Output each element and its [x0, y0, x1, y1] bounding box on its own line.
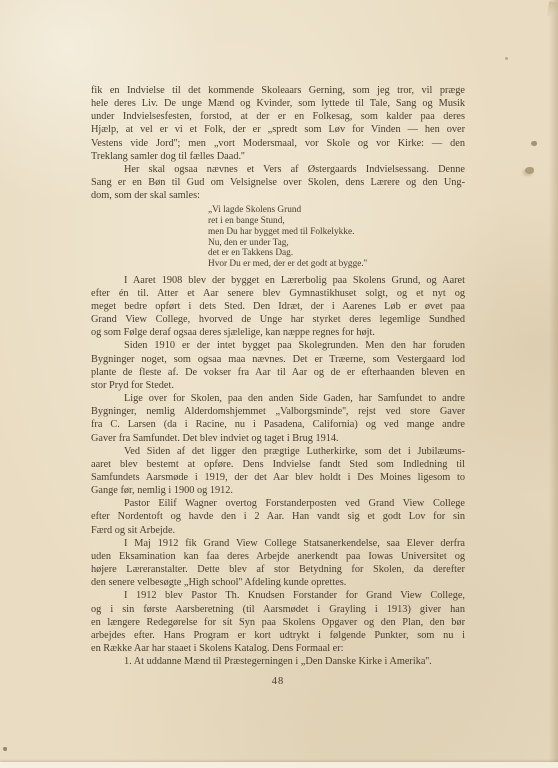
- verse-block: „Vi lagde Skolens Grundret i en bange St…: [208, 205, 465, 269]
- text-line: under Indvielsesfesten, forstod, at der …: [91, 110, 465, 123]
- text-line: stor Pryd for Stedet.: [91, 379, 465, 392]
- text-line: efter én til. Atter et Aar senere blev G…: [91, 287, 465, 300]
- text-line: Færd og sit Arbejde.: [91, 524, 465, 537]
- text-line: Gange før, nemlig i 1900 og 1912.: [91, 484, 465, 497]
- text-line: højere Læreranstalter. Dette blev af sto…: [91, 563, 465, 576]
- text-line: fik en Indvielse til det kommende Skolea…: [91, 84, 465, 97]
- text-line: I 1912 blev Pastor Th. Knudsen Forstande…: [91, 589, 465, 602]
- stain-mark: [525, 167, 534, 174]
- paragraph: 1. At uddanne Mænd til Præstegerningen i…: [91, 655, 465, 668]
- paragraph: I Maj 1912 fik Grand View College Statsa…: [91, 537, 465, 590]
- paragraph: I 1912 blev Pastor Th. Knudsen Forstande…: [91, 589, 465, 655]
- paragraph: fik en Indvielse til det kommende Skolea…: [91, 84, 465, 163]
- text-line: Nu, den er under Tag,: [208, 238, 465, 249]
- text-line: ret i en bange Stund,: [208, 216, 465, 227]
- text-line: den senere velbesøgte „High school'' Afd…: [91, 576, 465, 589]
- paragraph: Pastor Eilif Wagner overtog Forstanderpo…: [91, 497, 465, 536]
- page-number: 48: [91, 676, 465, 687]
- text-line: arbejdes efter. Hans Program er kort udt…: [91, 629, 465, 642]
- text-line: I Aaret 1908 blev der bygget en Lærerbol…: [91, 274, 465, 287]
- text-line: en Række Aar har staaet i Skolens Katalo…: [91, 642, 465, 655]
- text-line: Bygninger noget, som ogsaa maa nævnes. D…: [91, 353, 465, 366]
- text-line: Her skal ogsaa nævnes et Vers af Østerga…: [91, 163, 465, 176]
- text-line: 1. At uddanne Mænd til Præstegerningen i…: [91, 655, 465, 668]
- text-line: Hvor Du er med, der er det godt at bygge…: [208, 259, 465, 270]
- text-line: dom, som der skal samles:: [91, 189, 465, 202]
- text-line: hele deres Liv. De unge Mænd og Kvinder,…: [91, 97, 465, 110]
- text-line: Gaver fra Samfundet. Det blev indviet og…: [91, 432, 465, 445]
- scanned-book-page: fik en Indvielse til det kommende Skolea…: [0, 0, 558, 768]
- text-line: fra C. Larsen (da i Racine, nu i Pasaden…: [91, 418, 465, 431]
- text-line: Siden 1910 er der intet bygget paa Skole…: [91, 339, 465, 352]
- text-line: Bygninger, nemlig Alderdomshjemmet „Valb…: [91, 405, 465, 418]
- text-line: Samfundets Aarsmøde i 1919, der det Aar …: [91, 471, 465, 484]
- text-line: Grand View College, hvorved de Unge har …: [91, 313, 465, 326]
- paragraph: Ved Siden af det ligger den prægtige Lut…: [91, 445, 465, 498]
- stain-mark: [3, 747, 7, 751]
- text-line: men Du har bygget med til Folkelykke.: [208, 227, 465, 238]
- text-line: og som Følge deraf ogsaa deres sjælelige…: [91, 326, 465, 339]
- stain-mark: [531, 141, 537, 146]
- paragraph: Her skal ogsaa nævnes et Vers af Østerga…: [91, 163, 465, 202]
- paragraph: I Aaret 1908 blev der bygget en Lærerbol…: [91, 274, 465, 340]
- text-line: plante de fleste af. De vokser fra Aar t…: [91, 366, 465, 379]
- paragraph: Lige over for Skolen, paa den anden Side…: [91, 392, 465, 445]
- paragraph: Siden 1910 er der intet bygget paa Skole…: [91, 339, 465, 392]
- text-line: Hjælp, at vel er vi et Folk, der er „spr…: [91, 123, 465, 136]
- text-line: uden Eksamination kan faa deres Arbejde …: [91, 550, 465, 563]
- page-right-edge-shadow: [549, 0, 558, 768]
- text-line: efter Nordentoft og havde den i 2 Aar. H…: [91, 510, 465, 523]
- text-line: Sang er en Bøn til Gud om Velsignelse ov…: [91, 176, 465, 189]
- text-line: I Maj 1912 fik Grand View College Statsa…: [91, 537, 465, 550]
- text-line: Treklang samler dog til fælles Daad.'': [91, 150, 465, 163]
- text-line: Pastor Eilif Wagner overtog Forstanderpo…: [91, 497, 465, 510]
- stain-mark: [505, 57, 508, 60]
- text-line: aaret blev bestemt at opføre. Dens Indvi…: [91, 458, 465, 471]
- text-line: det er en Takkens Dag.: [208, 248, 465, 259]
- scan-bottom-strip: [0, 762, 558, 768]
- text-line: Lige over for Skolen, paa den anden Side…: [91, 392, 465, 405]
- text-line: Ved Siden af det ligger den prægtige Lut…: [91, 445, 465, 458]
- text-line: Vestens vide Jord''; men „vort Modersmaa…: [91, 137, 465, 150]
- text-line: meget bedre opført i dets Sted. Den Idræ…: [91, 300, 465, 313]
- text-line: og i sin første Aarsberetning (til Aarsm…: [91, 603, 465, 616]
- page-text-block: fik en Indvielse til det kommende Skolea…: [91, 84, 465, 668]
- text-line: „Vi lagde Skolens Grund: [208, 205, 465, 216]
- text-line: en længere Redegørelse for sit Syn paa S…: [91, 616, 465, 629]
